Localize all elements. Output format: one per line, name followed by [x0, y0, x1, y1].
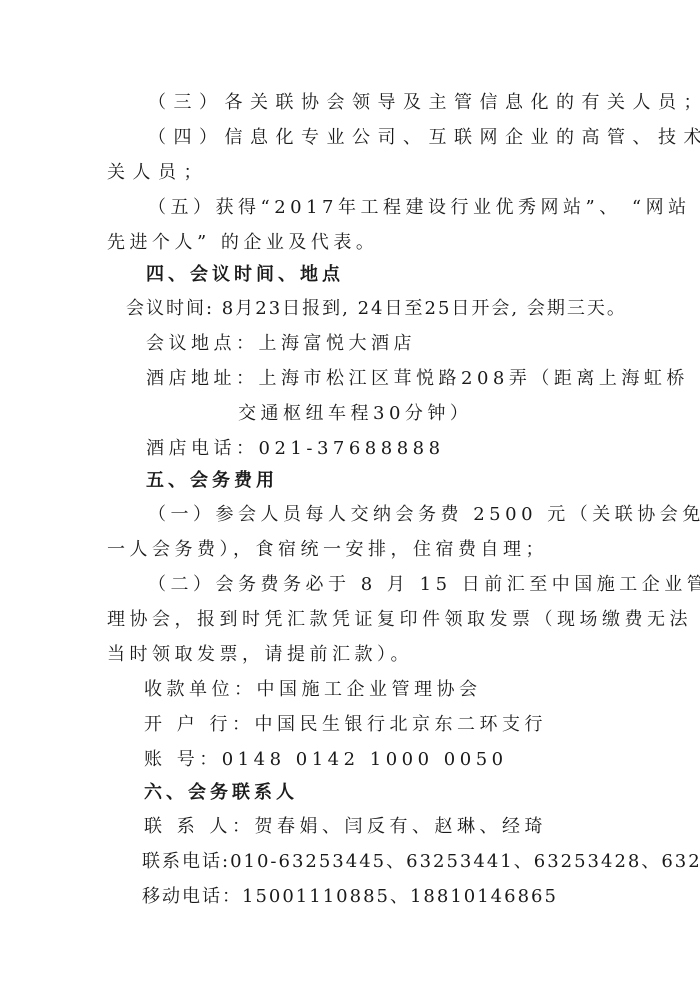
fee-item-2-cont: 理协会，报到时凭汇款凭证复印件领取发票（现场缴费无法	[107, 609, 692, 631]
fee-item-2-cont2: 当时领取发票，请提前汇款）。	[107, 644, 413, 666]
attendee-item-3: （三）各关联协会领导及主管信息化的有关人员；	[148, 92, 700, 114]
fee-item-1-cont: 一人会务费），食宿统一安排，住宿费自理；	[107, 539, 548, 561]
fee-item-2: （二）会务费务必于 8 月 15 日前汇至中国施工企业管	[148, 574, 700, 596]
attendee-item-5: （五）获得“2017年工程建设行业优秀网站”、 “网站	[148, 197, 691, 219]
contact-phones: 联系电话:010-63253445、63253441、63253428、6325…	[142, 851, 700, 873]
fee-item-1: （一）参会人员每人交纳会务费 2500 元（关联协会免	[148, 504, 700, 526]
attendee-item-4-cont: 关人员；	[107, 162, 209, 184]
mobile-phones: 移动电话：15001110885、18810146865	[142, 886, 558, 908]
payee: 收款单位：中国施工企业管理协会	[144, 679, 482, 701]
section-heading-contacts: 六、会务联系人	[144, 782, 298, 804]
attendee-item-5-cont: 先进个人” 的企业及代表。	[107, 232, 378, 254]
bank: 开 户 行：中国民生银行北京东二环支行	[144, 714, 547, 736]
hotel-address-cont: 交通枢纽车程30分钟）	[238, 403, 472, 425]
section-heading-fees: 五、会务费用	[146, 470, 278, 492]
contact-persons: 联 系 人：贺春娟、闫反有、赵琳、经琦	[144, 816, 547, 838]
account-number: 账 号：0148 0142 1000 0050	[144, 749, 508, 771]
hotel-phone: 酒店电话：021-37688888	[146, 438, 445, 460]
meeting-time: 会议时间: 8月23日报到, 24日至25日开会, 会期三天。	[126, 298, 627, 320]
meeting-venue: 会议地点：上海富悦大酒店	[146, 333, 416, 355]
attendee-item-4: （四）信息化专业公司、互联网企业的高管、技术等有	[148, 127, 700, 149]
hotel-address: 酒店地址：上海市松江区茸悦路208弄（距离上海虹桥	[146, 368, 689, 390]
section-heading-time-place: 四、会议时间、地点	[146, 264, 344, 286]
